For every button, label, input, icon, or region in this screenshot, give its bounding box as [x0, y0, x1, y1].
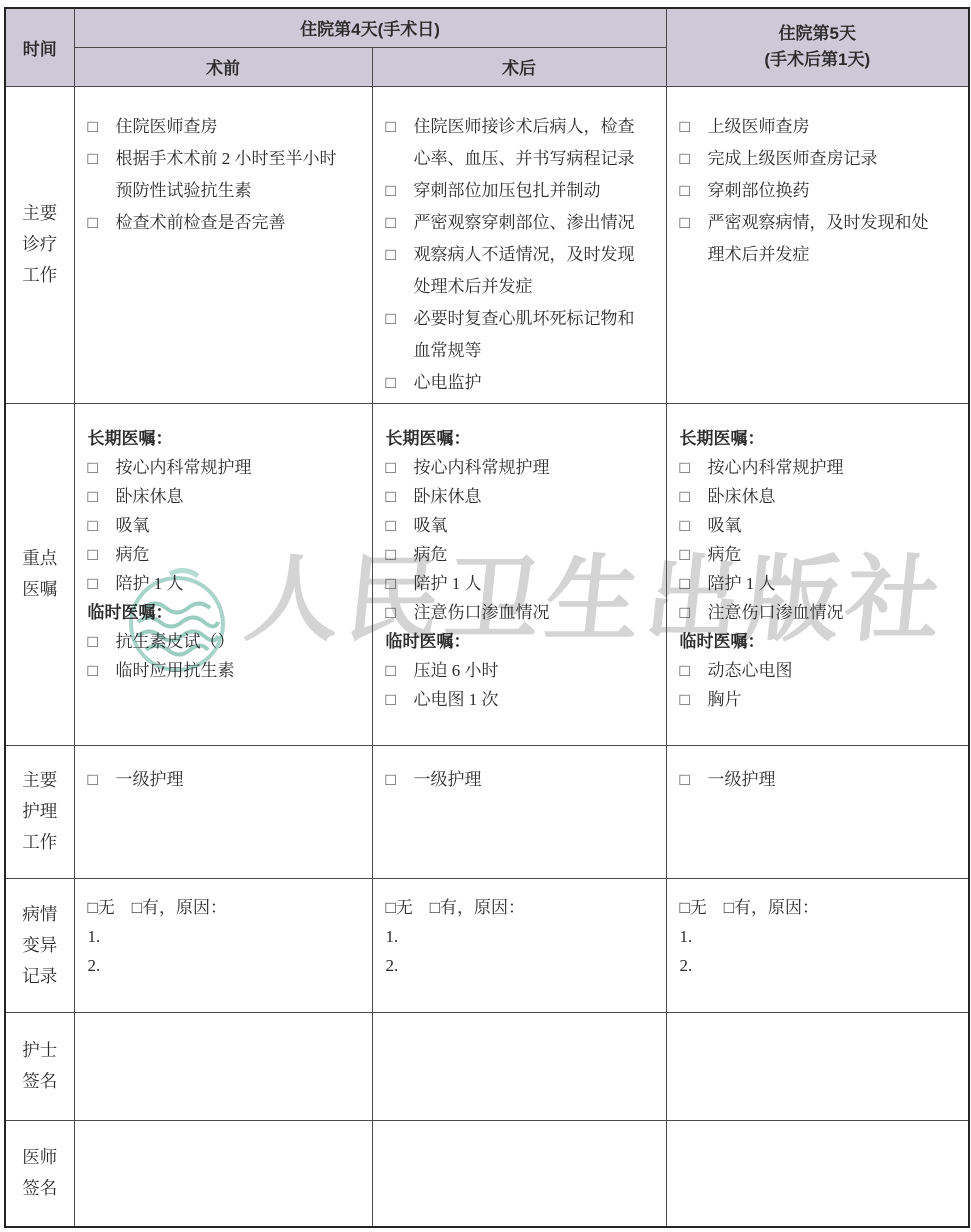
checklist-item: □必要时复查心肌坏死标记物和 血常规等: [386, 303, 654, 367]
checkbox-icon[interactable]: □: [88, 453, 116, 482]
cell-diagnosis-day5: □上级医师查房□完成上级医师查房记录□穿刺部位换药□严密观察病情，及时发现和处 …: [666, 86, 969, 403]
checklist-item: □心电图 1 次: [386, 685, 654, 714]
checkbox-icon[interactable]: □: [88, 207, 116, 239]
text-line: □无 □有，原因：: [88, 893, 360, 922]
row-variation: 病情 变异 记录 □无 □有，原因：1.2. □无 □有，原因：1.2. □无 …: [5, 878, 969, 1012]
checklist-item-label: 卧床休息: [708, 487, 776, 506]
checklist-item-label: 吸氧: [414, 516, 448, 535]
checklist-item-label: 检查术前检查是否完善: [116, 213, 286, 232]
checklist-item: □观察病人不适情况，及时发现 处理术后并发症: [386, 239, 654, 303]
checkbox-icon[interactable]: □: [680, 111, 708, 143]
header-row-1: 时间 住院第4天(手术日) 住院第5天 (手术后第1天): [5, 8, 969, 47]
checklist-item-label: 上级医师查房: [708, 117, 810, 136]
checklist-item: □卧床休息: [386, 482, 654, 511]
checklist-item: □卧床休息: [680, 482, 957, 511]
checkbox-icon[interactable]: □: [680, 143, 708, 175]
checkbox-icon[interactable]: □: [680, 453, 708, 482]
checklist-item: □胸片: [680, 685, 957, 714]
header-day5: 住院第5天 (手术后第1天): [666, 8, 969, 86]
checkbox-icon[interactable]: □: [386, 511, 414, 540]
text-line: 1.: [386, 922, 654, 951]
checkbox-icon[interactable]: □: [386, 303, 414, 335]
checklist-item-label: 胸片: [708, 690, 742, 709]
checkbox-icon[interactable]: □: [680, 175, 708, 207]
row-label-diagnosis: 主要 诊疗 工作: [5, 86, 74, 403]
checklist-item-label: 病危: [708, 545, 742, 564]
checklist-item-label: 一级护理: [708, 770, 776, 789]
checklist-item: □完成上级医师查房记录: [680, 143, 957, 175]
checklist-item: □一级护理: [680, 764, 957, 796]
order-type-heading: 临时医嘱：: [386, 627, 654, 656]
checklist-item: □动态心电图: [680, 656, 957, 685]
cell-nurse-signature-postop: [372, 1012, 666, 1120]
checklist-item: □抗生素皮试（）: [88, 627, 360, 656]
checklist-item: □住院医师接诊术后病人，检查 心率、血压、并书写病程记录: [386, 111, 654, 175]
checklist-item: □一级护理: [88, 764, 360, 796]
order-type-heading: 长期医嘱：: [386, 424, 654, 453]
checklist-item-label: 陪护 1 人: [708, 574, 776, 593]
cell-variation-preop: □无 □有，原因：1.2.: [74, 878, 372, 1012]
checklist-item: □穿刺部位换药: [680, 175, 957, 207]
checklist-item: □注意伤口渗血情况: [680, 598, 957, 627]
checklist-item-label: 病危: [414, 545, 448, 564]
cell-doctor-signature-preop: [74, 1120, 372, 1227]
row-nursing: 主要 护理 工作 □一级护理 □一级护理 □一级护理: [5, 745, 969, 878]
checklist-item-label: 心电监护: [414, 373, 482, 392]
text-line: □无 □有，原因：: [680, 893, 957, 922]
checkbox-icon[interactable]: □: [680, 482, 708, 511]
row-diagnosis: 主要 诊疗 工作 □住院医师查房□根据手术术前 2 小时至半小时 预防性试验抗生…: [5, 86, 969, 403]
row-nurse-signature: 护士 签名: [5, 1012, 969, 1120]
checklist-item: □住院医师查房: [88, 111, 360, 143]
row-label-variation: 病情 变异 记录: [5, 878, 74, 1012]
cell-variation-postop: □无 □有，原因：1.2.: [372, 878, 666, 1012]
checklist-item-label: 吸氧: [116, 516, 150, 535]
checklist-item-label: 按心内科常规护理: [116, 458, 252, 477]
row-label-doctor-signature: 医师 签名: [5, 1120, 74, 1227]
cell-nursing-preop: □一级护理: [74, 745, 372, 878]
checkbox-icon[interactable]: □: [88, 569, 116, 598]
text-line: □无 □有，原因：: [386, 893, 654, 922]
checklist-item-label: 注意伤口渗血情况: [708, 603, 844, 622]
checkbox-icon[interactable]: □: [680, 540, 708, 569]
checklist-item: □严密观察病情，及时发现和处 理术后并发症: [680, 207, 957, 271]
checklist-item-label: 陪护 1 人: [414, 574, 482, 593]
checkbox-icon[interactable]: □: [386, 569, 414, 598]
checklist-item-label: 抗生素皮试（）: [116, 632, 235, 651]
checklist-item-label: 完成上级医师查房记录: [708, 149, 878, 168]
cell-orders-postop: 长期医嘱：□按心内科常规护理□卧床休息□吸氧□病危□陪护 1 人□注意伤口渗血情…: [372, 403, 666, 745]
checklist-item-label: 穿刺部位加压包扎并制动: [414, 181, 601, 200]
checklist-item: □吸氧: [680, 511, 957, 540]
cell-doctor-signature-postop: [372, 1120, 666, 1227]
cell-nurse-signature-preop: [74, 1012, 372, 1120]
clinical-pathway-table: 时间 住院第4天(手术日) 住院第5天 (手术后第1天) 术前 术后 主要 诊疗…: [4, 7, 970, 1228]
row-label-nurse-signature: 护士 签名: [5, 1012, 74, 1120]
cell-diagnosis-postop: □住院医师接诊术后病人，检查 心率、血压、并书写病程记录□穿刺部位加压包扎并制动…: [372, 86, 666, 403]
checklist-item: □按心内科常规护理: [680, 453, 957, 482]
checklist-item: □心电监护: [386, 367, 654, 399]
checklist-item-label: 按心内科常规护理: [708, 458, 844, 477]
checkbox-icon[interactable]: □: [88, 482, 116, 511]
checkbox-icon[interactable]: □: [680, 656, 708, 685]
checklist-item-label: 严密观察病情，及时发现和处 理术后并发症: [708, 213, 929, 264]
clinical-pathway-page: 人民卫生出版社 时间 住院第4天(手术日) 住院第5天 (手术后第1天) 术前 …: [0, 0, 971, 1232]
checkbox-icon[interactable]: □: [386, 453, 414, 482]
checkbox-icon[interactable]: □: [88, 764, 116, 796]
row-label-orders: 重点 医嘱: [5, 403, 74, 745]
checklist-item: □临时应用抗生素: [88, 656, 360, 685]
checkbox-icon[interactable]: □: [680, 511, 708, 540]
checklist-item: □根据手术术前 2 小时至半小时 预防性试验抗生素: [88, 143, 360, 207]
checklist-item-label: 卧床休息: [414, 487, 482, 506]
checkbox-icon[interactable]: □: [386, 540, 414, 569]
checkbox-icon[interactable]: □: [88, 143, 116, 175]
checkbox-icon[interactable]: □: [386, 656, 414, 685]
cell-nursing-day5: □一级护理: [666, 745, 969, 878]
checkbox-icon[interactable]: □: [386, 764, 414, 796]
checklist-item-label: 吸氧: [708, 516, 742, 535]
header-preop: 术前: [74, 47, 372, 86]
checkbox-icon[interactable]: □: [386, 685, 414, 714]
checklist-item-label: 陪护 1 人: [116, 574, 184, 593]
checklist-item-label: 观察病人不适情况，及时发现 处理术后并发症: [414, 245, 635, 296]
checklist-item-label: 必要时复查心肌坏死标记物和 血常规等: [414, 309, 635, 360]
checklist-item: □陪护 1 人: [680, 569, 957, 598]
checklist-item: □一级护理: [386, 764, 654, 796]
text-line: 2.: [88, 951, 360, 980]
checklist-item-label: 严密观察穿刺部位、渗出情况: [414, 213, 635, 232]
checklist-item: □压迫 6 小时: [386, 656, 654, 685]
header-postop: 术后: [372, 47, 666, 86]
checklist-item: □按心内科常规护理: [386, 453, 654, 482]
text-line: 1.: [680, 922, 957, 951]
checklist-item-label: 卧床休息: [116, 487, 184, 506]
checkbox-icon[interactable]: □: [386, 207, 414, 239]
checklist-item: □严密观察穿刺部位、渗出情况: [386, 207, 654, 239]
checkbox-icon[interactable]: □: [680, 685, 708, 714]
cell-variation-day5: □无 □有，原因：1.2.: [666, 878, 969, 1012]
checkbox-icon[interactable]: □: [680, 207, 708, 239]
cell-orders-day5: 长期医嘱：□按心内科常规护理□卧床休息□吸氧□病危□陪护 1 人□注意伤口渗血情…: [666, 403, 969, 745]
checklist-item: □检查术前检查是否完善: [88, 207, 360, 239]
checklist-item-label: 注意伤口渗血情况: [414, 603, 550, 622]
text-line: 2.: [680, 951, 957, 980]
checklist-item: □卧床休息: [88, 482, 360, 511]
checkbox-icon[interactable]: □: [680, 598, 708, 627]
cell-doctor-signature-day5: [666, 1120, 969, 1227]
header-day4: 住院第4天(手术日): [74, 8, 666, 47]
checklist-item-label: 穿刺部位换药: [708, 181, 810, 200]
checklist-item: □吸氧: [386, 511, 654, 540]
checklist-item-label: 按心内科常规护理: [414, 458, 550, 477]
cell-nurse-signature-day5: [666, 1012, 969, 1120]
checklist-item-label: 一级护理: [414, 770, 482, 789]
checklist-item-label: 根据手术术前 2 小时至半小时 预防性试验抗生素: [116, 149, 337, 200]
checklist-item: □病危: [386, 540, 654, 569]
row-doctor-signature: 医师 签名: [5, 1120, 969, 1227]
checklist-item: □陪护 1 人: [386, 569, 654, 598]
checklist-item-label: 病危: [116, 545, 150, 564]
order-type-heading: 临时医嘱：: [680, 627, 957, 656]
checkbox-icon[interactable]: □: [88, 656, 116, 685]
order-type-heading: 临时医嘱：: [88, 598, 360, 627]
checklist-item: □病危: [88, 540, 360, 569]
checkbox-icon[interactable]: □: [386, 482, 414, 511]
checkbox-icon[interactable]: □: [386, 111, 414, 143]
header-time: 时间: [5, 8, 74, 86]
checklist-item-label: 压迫 6 小时: [414, 661, 499, 680]
checklist-item: □病危: [680, 540, 957, 569]
checkbox-icon[interactable]: □: [386, 598, 414, 627]
cell-nursing-postop: □一级护理: [372, 745, 666, 878]
checklist-item-label: 动态心电图: [708, 661, 793, 680]
row-label-nursing: 主要 护理 工作: [5, 745, 74, 878]
text-line: 1.: [88, 922, 360, 951]
checklist-item: □陪护 1 人: [88, 569, 360, 598]
checkbox-icon[interactable]: □: [680, 764, 708, 796]
cell-orders-preop: 长期医嘱：□按心内科常规护理□卧床休息□吸氧□病危□陪护 1 人临时医嘱：□抗生…: [74, 403, 372, 745]
order-type-heading: 长期医嘱：: [88, 424, 360, 453]
row-orders: 重点 医嘱 长期医嘱：□按心内科常规护理□卧床休息□吸氧□病危□陪护 1 人临时…: [5, 403, 969, 745]
checklist-item-label: 一级护理: [116, 770, 184, 789]
checklist-item: □按心内科常规护理: [88, 453, 360, 482]
checklist-item: □吸氧: [88, 511, 360, 540]
checklist-item-label: 住院医师查房: [116, 117, 218, 136]
checkbox-icon[interactable]: □: [88, 111, 116, 143]
checklist-item-label: 临时应用抗生素: [116, 661, 235, 680]
checkbox-icon[interactable]: □: [386, 175, 414, 207]
text-line: 2.: [386, 951, 654, 980]
checklist-item: □穿刺部位加压包扎并制动: [386, 175, 654, 207]
checklist-item: □注意伤口渗血情况: [386, 598, 654, 627]
checkbox-icon[interactable]: □: [88, 540, 116, 569]
checklist-item-label: 住院医师接诊术后病人，检查 心率、血压、并书写病程记录: [414, 117, 635, 168]
checklist-item: □上级医师查房: [680, 111, 957, 143]
order-type-heading: 长期医嘱：: [680, 424, 957, 453]
checkbox-icon[interactable]: □: [386, 367, 414, 399]
checkbox-icon[interactable]: □: [88, 511, 116, 540]
checklist-item-label: 心电图 1 次: [414, 690, 499, 709]
cell-diagnosis-preop: □住院医师查房□根据手术术前 2 小时至半小时 预防性试验抗生素□检查术前检查是…: [74, 86, 372, 403]
checkbox-icon[interactable]: □: [88, 627, 116, 656]
checkbox-icon[interactable]: □: [680, 569, 708, 598]
checkbox-icon[interactable]: □: [386, 239, 414, 271]
